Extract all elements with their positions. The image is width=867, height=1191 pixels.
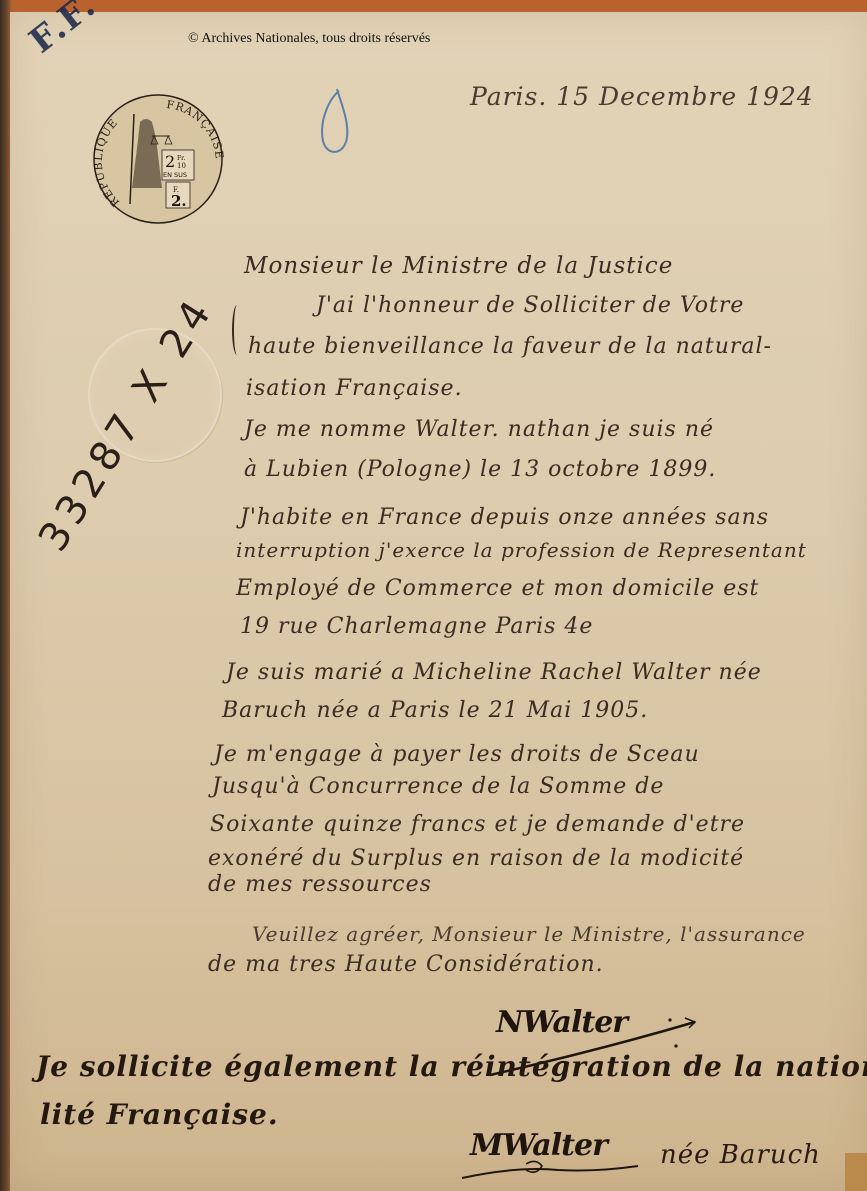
letter-line: Baruch née a Paris le 21 Mai 1905. xyxy=(222,698,648,723)
letter-line: 19 rue Charlemagne Paris 4e xyxy=(240,614,593,639)
tax-stamp-seal-icon: REPUBLIQUE FRANÇAISE 2 Fr. 10 EN SUS F. … xyxy=(90,92,226,226)
copyright-notice: © Archives Nationales, tous droits réser… xyxy=(188,31,430,47)
letter-line: isation Française. xyxy=(246,376,463,401)
letter-line: de ma tres Haute Considération. xyxy=(208,952,604,977)
letter-line: de mes ressources xyxy=(208,872,432,897)
svg-text:2.: 2. xyxy=(171,192,187,210)
svg-text:EN SUS: EN SUS xyxy=(163,171,187,179)
margin-bracket xyxy=(232,305,242,355)
salutation: Monsieur le Ministre de la Justice xyxy=(244,253,673,279)
postscript-line: Je sollicite également la réintégration … xyxy=(36,1050,867,1083)
letter-line: Jusqu'à Concurrence de la Somme de xyxy=(212,774,664,799)
signature-spouse-maiden-name: née Baruch xyxy=(660,1140,821,1170)
postscript-line: lité Française. xyxy=(40,1098,279,1131)
document-corner xyxy=(845,1153,867,1191)
letter-line: Je suis marié a Micheline Rachel Walter … xyxy=(226,660,762,685)
svg-text:2: 2 xyxy=(165,152,175,171)
letter-line: J'habite en France depuis onze années sa… xyxy=(240,505,769,530)
svg-text:Fr.: Fr. xyxy=(177,155,185,162)
letter-line: interruption j'exerce la profession de R… xyxy=(236,538,807,562)
letter-line: à Lubien (Pologne) le 13 octobre 1899. xyxy=(244,457,716,482)
svg-text:10: 10 xyxy=(177,162,186,170)
letter-line: Soixante quinze francs et je demande d'e… xyxy=(210,812,745,837)
letter-line: haute bienveillance la faveur de la natu… xyxy=(248,334,772,359)
place-date: Paris. 15 Decembre 1924 xyxy=(470,82,814,111)
letter-line: Je me nomme Walter. nathan je suis né xyxy=(244,417,714,442)
letter-line: J'ai l'honneur de Solliciter de Votre xyxy=(316,293,744,318)
letter-line: Employé de Commerce et mon domicile est xyxy=(236,576,759,601)
letter-line: Je m'engage à payer les droits de Sceau xyxy=(214,742,700,767)
signature-spouse-flourish xyxy=(458,1150,648,1186)
blue-pencil-mark xyxy=(315,85,355,160)
letter-line: Veuillez agréer, Monsieur le Ministre, l… xyxy=(252,922,806,946)
letter-line: exonéré du Surplus en raison de la modic… xyxy=(208,846,744,871)
